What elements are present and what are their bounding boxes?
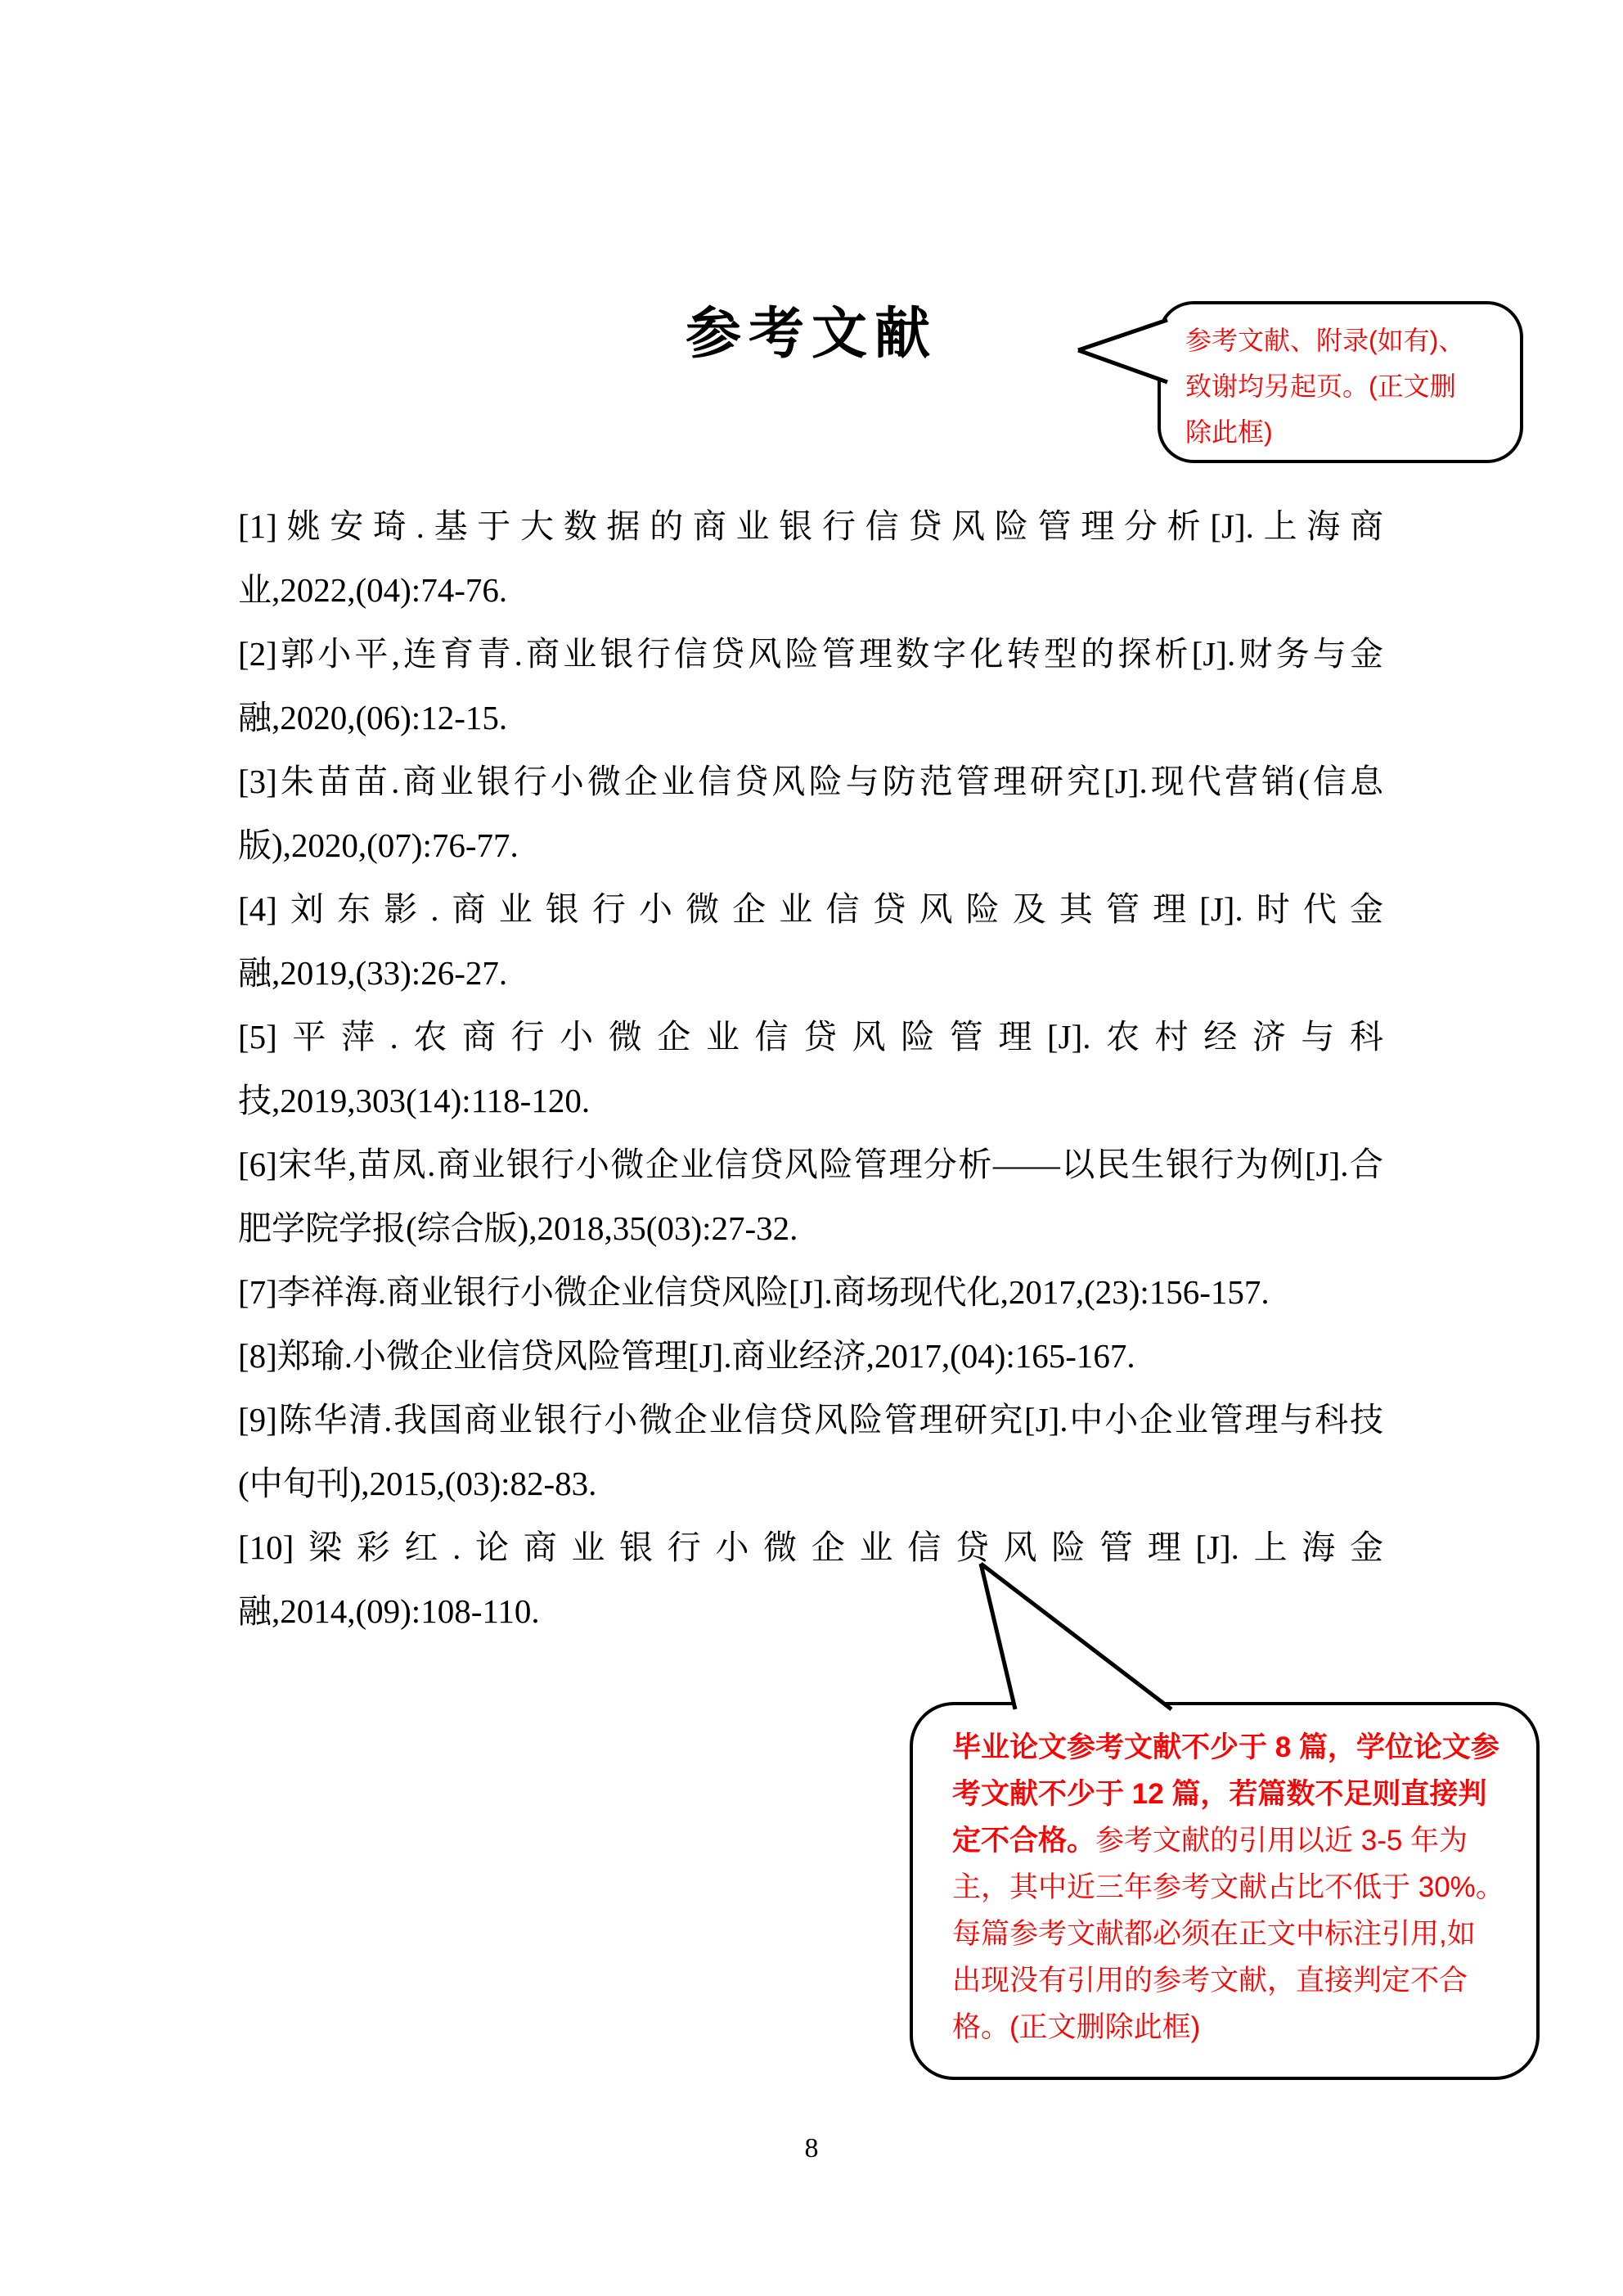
reference-line: [1]姚安琦.基于大数据的商业银行信贷风险管理分析[J].上海商 [238,494,1383,558]
reference-item: [4]刘东影.商业银行小微企业信贷风险及其管理[J].时代金 融,2019,(3… [238,877,1383,1005]
bottom-callout-line: 主，其中近三年参考文献占比不低于 30%。 [952,1864,1513,1911]
reference-item: [6]宋华,苗凤.商业银行小微企业信贷风险管理分析——以民生银行为例[J].合 … [238,1132,1383,1260]
reference-line: 技,2019,303(14):118-120. [238,1069,1383,1132]
reference-line: [4]刘东影.商业银行小微企业信贷风险及其管理[J].时代金 [238,877,1383,941]
bottom-callout-line: 出现没有引用的参考文献，直接判定不合 [952,1957,1513,2004]
reference-item: [9]陈华清.我国商业银行小微企业信贷风险管理研究[J].中小企业管理与科技 (… [238,1388,1383,1515]
reference-line: [5]平萍.农商行小微企业信贷风险管理[J].农村经济与科 [238,1005,1383,1069]
top-callout-bubble: 参考文献、附录(如有)、 致谢均另起页。(正文删 除此框) [1158,301,1523,463]
callout-regular-text: 格。(正文删除此框) [952,2011,1200,2043]
top-callout-line: 除此框) [1185,409,1505,455]
callout-regular-text: 出现没有引用的参考文献，直接判定不合 [952,1965,1468,1997]
callout-bold-text: 定不合格。 [952,1825,1095,1857]
reference-line: [3]朱苗苗.商业银行小微企业信贷风险与防范管理研究[J].现代营销(信息 [238,750,1383,813]
bottom-callout-line: 每篇参考文献都必须在正文中标注引用,如 [952,1911,1513,1957]
reference-line: (中旬刊),2015,(03):82-83. [238,1452,1383,1515]
reference-line: [9]陈华清.我国商业银行小微企业信贷风险管理研究[J].中小企业管理与科技 [238,1388,1383,1452]
page-number: 8 [0,2132,1623,2165]
bottom-callout-line: 定不合格。参考文献的引用以近 3-5 年为 [952,1817,1513,1864]
document-page: 参考文献 参考文献、附录(如有)、 致谢均另起页。(正文删 除此框) [1]姚安… [0,0,1623,2296]
reference-item: [7]李祥海.商业银行小微企业信贷风险[J].商场现代化,2017,(23):1… [238,1260,1383,1324]
reference-line: [6]宋华,苗凤.商业银行小微企业信贷风险管理分析——以民生银行为例[J].合 [238,1132,1383,1196]
callout-regular-text: 参考文献的引用以近 3-5 年为 [1095,1825,1468,1857]
callout-bold-text: 考文献不少于 12 篇，若篇数不足则直接判 [952,1778,1486,1810]
reference-item: [3]朱苗苗.商业银行小微企业信贷风险与防范管理研究[J].现代营销(信息 版)… [238,750,1383,877]
reference-item: [8]郑瑜.小微企业信贷风险管理[J].商业经济,2017,(04):165-1… [238,1324,1383,1388]
reference-line: [7]李祥海.商业银行小微企业信贷风险[J].商场现代化,2017,(23):1… [238,1260,1383,1324]
reference-line: [2]郭小平,连育青.商业银行信贷风险管理数字化转型的探析[J].财务与金 [238,622,1383,686]
top-callout-line: 参考文献、附录(如有)、 [1185,317,1505,363]
reference-line: [8]郑瑜.小微企业信贷风险管理[J].商业经济,2017,(04):165-1… [238,1324,1383,1388]
reference-list: [1]姚安琦.基于大数据的商业银行信贷风险管理分析[J].上海商 业,2022,… [238,494,1383,1643]
reference-line: 融,2019,(33):26-27. [238,941,1383,1005]
callout-regular-text: 每篇参考文献都必须在正文中标注引用,如 [952,1918,1476,1950]
reference-item: [1]姚安琦.基于大数据的商业银行信贷风险管理分析[J].上海商 业,2022,… [238,494,1383,622]
callout-bold-text: 毕业论文参考文献不少于 8 篇，学位论文参 [952,1731,1499,1763]
reference-line: 肥学院学报(综合版),2018,35(03):27-32. [238,1196,1383,1260]
reference-line: [10]梁彩红.论商业银行小微企业信贷风险管理[J].上海金 [238,1515,1383,1579]
reference-line: 融,2020,(06):12-15. [238,686,1383,750]
reference-item: [10]梁彩红.论商业银行小微企业信贷风险管理[J].上海金 融,2014,(0… [238,1515,1383,1643]
reference-line: 业,2022,(04):74-76. [238,558,1383,622]
reference-item: [2]郭小平,连育青.商业银行信贷风险管理数字化转型的探析[J].财务与金 融,… [238,622,1383,750]
callout-regular-text: 主，其中近三年参考文献占比不低于 30%。 [952,1871,1504,1903]
reference-item: [5]平萍.农商行小微企业信贷风险管理[J].农村经济与科 技,2019,303… [238,1005,1383,1132]
top-callout-line: 致谢均另起页。(正文删 [1185,363,1505,409]
reference-line: 融,2014,(09):108-110. [238,1579,1383,1643]
bottom-callout-bubble: 毕业论文参考文献不少于 8 篇，学位论文参 考文献不少于 12 篇，若篇数不足则… [910,1702,1540,2080]
bottom-callout-line: 毕业论文参考文献不少于 8 篇，学位论文参 [952,1724,1513,1771]
reference-line: 版),2020,(07):76-77. [238,813,1383,877]
bottom-callout-line: 格。(正文删除此框) [952,2004,1513,2051]
bottom-callout-line: 考文献不少于 12 篇，若篇数不足则直接判 [952,1771,1513,1817]
